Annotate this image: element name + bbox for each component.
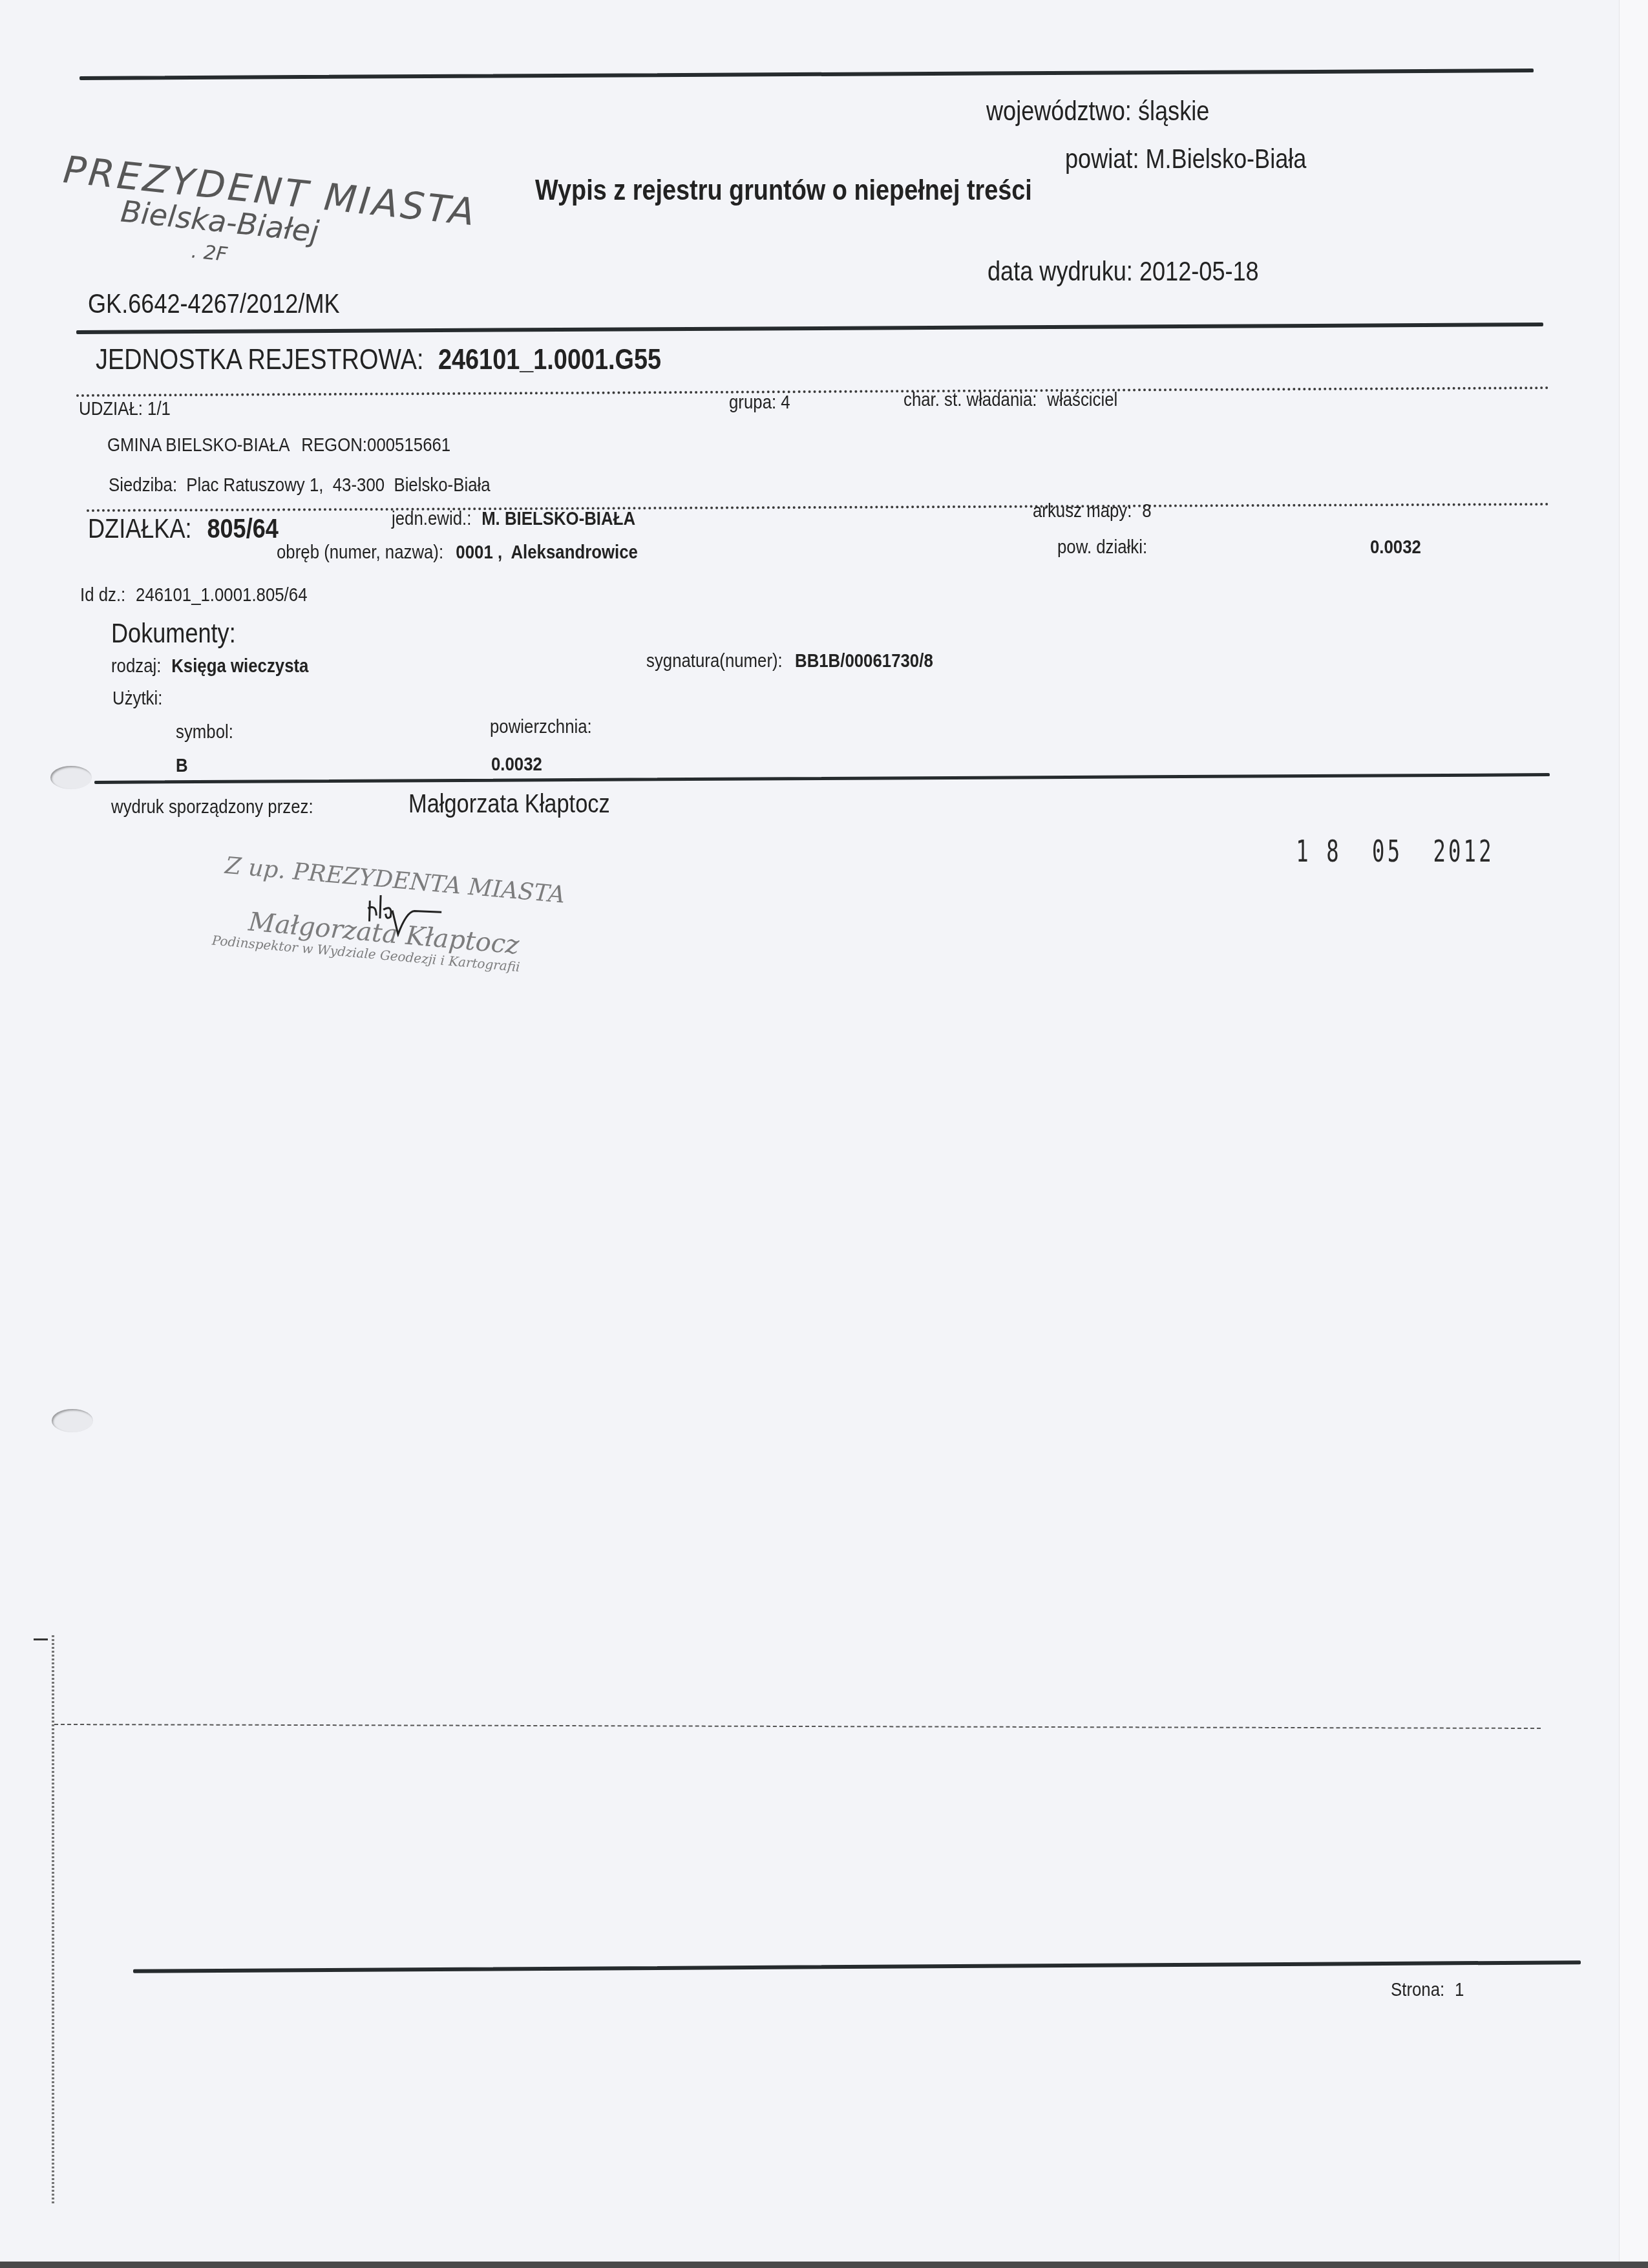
scan-edge-tick: [34, 1638, 48, 1640]
parcel-id: Id dz.: 246101_1.0001.805/64: [80, 584, 344, 606]
dotted-divider-1: [76, 387, 1550, 397]
document-type-label: rodzaj:: [111, 655, 161, 677]
obreb-label: obręb (numer, nazwa):: [277, 542, 443, 563]
powiat-value: M.Bielsko-Biała: [1145, 143, 1306, 174]
wojewodztwo-label: województwo:: [986, 96, 1132, 126]
case-number: GK.6642-4267/2012/MK: [88, 288, 381, 319]
udzial-label: UDZIAŁ:: [79, 398, 143, 419]
dzialka-label: DZIAŁKA:: [88, 513, 192, 544]
siedziba-label: Siedziba:: [109, 474, 177, 496]
print-date: data wydruku: 2012-05-18: [988, 256, 1303, 287]
prepared-by: wydruk sporządzony przez:: [111, 796, 346, 818]
ownership-type-label: char. st. władania:: [903, 389, 1037, 410]
dotted-divider-2: [87, 503, 1550, 512]
ownership-type: char. st. władania: właściciel: [903, 389, 1152, 411]
jedn-ewid-value: M. BIELSKO-BIAŁA: [481, 508, 635, 529]
arkusz-mapy-label: arkusz mapy:: [1033, 500, 1132, 522]
signature-stamp: Z up. PREZYDENTA MIASTA Małgorzata Kłapt…: [211, 852, 566, 978]
siedziba-value: Plac Ratuszowy 1, 43-300 Bielsko-Biała: [186, 474, 490, 496]
scan-edge-artifact: [52, 1635, 54, 2204]
pow-dzialki: pow. działki:: [1057, 536, 1162, 558]
dzialka-value: 805/64: [207, 513, 278, 544]
page-right-edge: [1619, 0, 1648, 2268]
land-use-row-symbol: B: [176, 755, 190, 777]
owner-regon: REGON:000515661: [301, 434, 450, 456]
pow-dzialki-label: pow. działki:: [1057, 536, 1147, 558]
document-title: Wypis z rejestru gruntów o niepełnej tre…: [535, 175, 1113, 207]
document-signature-value: BB1B/00061730/8: [795, 650, 933, 672]
document-signature-label: sygnatura(numer):: [646, 650, 783, 672]
punch-hole-1: [50, 766, 92, 789]
document-type: rodzaj: Księga wieczysta: [111, 655, 341, 677]
powiat: powiat: M.Bielsko-Biała: [1065, 143, 1346, 175]
registry-unit-value: 246101_1.0001.G55: [438, 344, 661, 376]
top-rule: [79, 69, 1534, 80]
udzial-value: 1/1: [147, 398, 171, 419]
parcel-id-label: Id dz.:: [80, 584, 125, 606]
land-use-area-header: powierzchnia:: [490, 716, 608, 738]
authority-stamp: PREZYDENT MIASTA Bielska-Białej . 2F: [56, 147, 480, 291]
documents-heading: Dokumenty:: [111, 618, 256, 649]
arkusz-mapy-value: 8: [1142, 500, 1151, 522]
date-stamp: 1 8 05 2012: [1265, 799, 1494, 869]
page-number-value: 1: [1455, 1979, 1464, 2000]
land-use-symbol-header: symbol:: [176, 721, 242, 743]
jedn-ewid: jedn.ewid.: M. BIELSKO-BIAŁA: [392, 508, 675, 530]
prepared-by-label: wydruk sporządzony przez:: [111, 796, 313, 818]
udzial: UDZIAŁ: 1/1: [79, 398, 185, 420]
obreb: obręb (numer, nazwa): 0001 , Aleksandrow…: [277, 542, 697, 564]
obreb-value: 0001 , Aleksandrowice: [456, 542, 638, 563]
wojewodztwo-value: śląskie: [1138, 96, 1209, 126]
owner-name: GMINA BIELSKO-BIAŁA: [107, 434, 289, 456]
pow-dzialki-value: 0.0032: [1370, 536, 1430, 558]
prepared-by-name: Małgorzata Kłaptocz: [408, 790, 642, 819]
footer-top-rule: [94, 773, 1550, 784]
registry-unit-label: JEDNOSTKA REJESTROWA:: [96, 344, 423, 376]
parcel-id-value: 246101_1.0001.805/64: [136, 584, 307, 606]
header-rule: [76, 323, 1543, 334]
print-date-value: 2012-05-18: [1139, 256, 1259, 286]
wojewodztwo: województwo: śląskie: [986, 96, 1246, 127]
document-type-value: Księga wieczysta: [171, 655, 308, 677]
page-bottom-edge: [0, 2262, 1648, 2268]
grupa-value: 4: [781, 392, 790, 413]
punch-hole-2: [52, 1409, 93, 1432]
ownership-type-value: właściciel: [1047, 389, 1117, 410]
siedziba: Siedziba: Plac Ratuszowy 1, 43-300 Biels…: [109, 474, 553, 496]
print-date-label: data wydruku:: [988, 256, 1133, 286]
land-use-heading: Użytki:: [112, 688, 171, 710]
lower-dashed-rule: [54, 1724, 1541, 1729]
land-use-row-area: 0.0032: [491, 754, 551, 776]
grupa-label: grupa:: [729, 392, 776, 413]
powiat-label: powiat:: [1065, 143, 1139, 174]
registry-unit: JEDNOSTKA REJESTROWA: 246101_1.0001.G55: [96, 344, 754, 376]
page-number-label: Strona:: [1391, 1979, 1444, 2000]
owner: GMINA BIELSKO-BIAŁA REGON:000515661: [107, 434, 507, 456]
dzialka: DZIAŁKA: 805/64: [88, 513, 310, 544]
arkusz-mapy: arkusz mapy: 8: [1033, 500, 1170, 522]
bottom-rule: [133, 1960, 1581, 1973]
document-signature: sygnatura(numer): BB1B/00061730/8: [646, 650, 980, 672]
grupa: grupa: 4: [729, 392, 800, 414]
page-number: Strona: 1: [1391, 1979, 1476, 2001]
jedn-ewid-label: jedn.ewid.:: [392, 508, 471, 529]
